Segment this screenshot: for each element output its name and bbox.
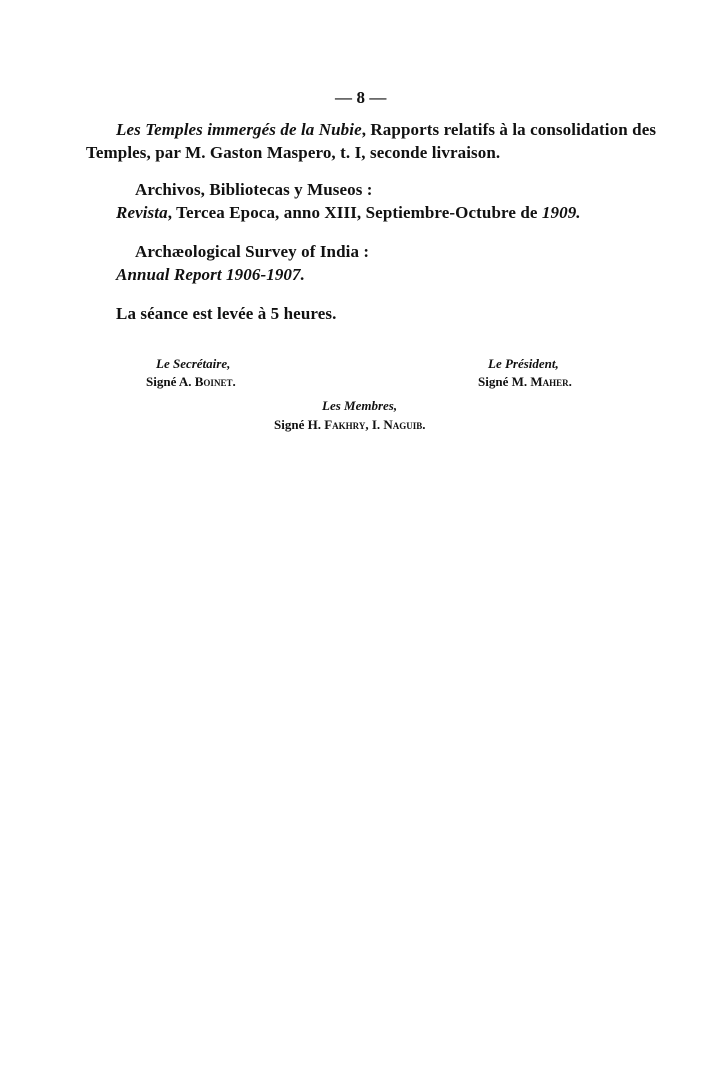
entry-asi-detail: Annual Report 1906-1907. bbox=[116, 265, 305, 285]
membres-role: Les Membres, bbox=[322, 398, 397, 414]
secretaire-role: Le Secrétaire, bbox=[156, 356, 230, 372]
entry-text: , Rapports relatifs à la consolidation d… bbox=[362, 120, 656, 139]
entry-title: Revista bbox=[116, 203, 168, 222]
president-signature: Signé M. Maher. bbox=[478, 374, 572, 390]
membres-signature: Signé H. Fakhry, I. Naguib. bbox=[274, 417, 426, 433]
page-number: — 8 — bbox=[335, 88, 385, 108]
secretaire-signature: Signé A. Boinet. bbox=[146, 374, 236, 390]
closing-statement: La séance est levée à 5 heures. bbox=[116, 304, 336, 324]
entry-nubie-line1: Les Temples immergés de la Nubie, Rappor… bbox=[116, 120, 656, 140]
president-role: Le Président, bbox=[488, 356, 559, 372]
signer-name: Fakhry, I. Naguib. bbox=[324, 417, 425, 432]
entry-years: 1906-1907. bbox=[222, 265, 305, 284]
entry-year: 1909. bbox=[542, 203, 581, 222]
signed-label: Signé A. bbox=[146, 374, 195, 389]
signer-name: Boinet. bbox=[195, 374, 236, 389]
entry-archivos-heading: Archivos, Bibliotecas y Museos : bbox=[135, 180, 373, 200]
entry-title: Annual Report bbox=[116, 265, 222, 284]
entry-asi-heading: Archæological Survey of India : bbox=[135, 242, 369, 262]
signer-name: Maher. bbox=[530, 374, 572, 389]
signed-label: Signé H. bbox=[274, 417, 324, 432]
entry-nubie-line2: Temples, par M. Gaston Maspero, t. I, se… bbox=[86, 143, 500, 163]
signed-label: Signé M. bbox=[478, 374, 530, 389]
entry-text: , Tercea Epoca, anno XIII, Septiembre-Oc… bbox=[168, 203, 542, 222]
entry-title: Les Temples immergés de la Nubie bbox=[116, 120, 362, 139]
entry-archivos-detail: Revista, Tercea Epoca, anno XIII, Septie… bbox=[116, 203, 581, 223]
